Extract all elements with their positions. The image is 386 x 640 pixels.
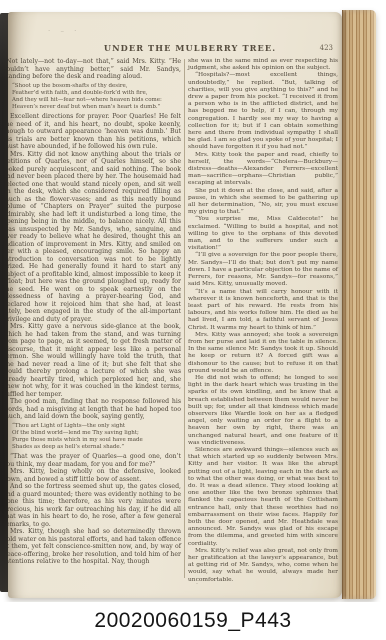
paragraph: And so the fortress seemed shut up, the … — [8, 483, 181, 528]
page-number: 423 — [320, 44, 333, 52]
paragraph: Excellent directions for prayer. Poor Qu… — [8, 113, 181, 151]
paragraph: The good man, finding that no response f… — [8, 398, 181, 421]
verse-line: Of the blind world—lend me Thy saving li… — [12, 430, 181, 437]
verse-line: “Thou art Light of Lights—the only sight — [12, 423, 181, 430]
page-header: UNDER THE MULBERRY TREE. 423 — [8, 43, 342, 55]
paragraph: Mrs. Kitty did not know anything about t… — [8, 151, 181, 324]
paragraph: Silences are awkward things—silences suc… — [188, 447, 338, 548]
verse-line: Purge those mists which in my soul have … — [12, 437, 181, 444]
column-rule — [184, 59, 185, 578]
book-scan-photo: · – · UNDER THE MULBERRY TREE. 423 “Not … — [0, 0, 386, 640]
paragraph: “It’s a name that will carry honour with… — [188, 289, 338, 332]
catalog-number: 20020060159_P443 — [94, 609, 291, 633]
verse-line: “Shoot up the bosom-shafts of thy desire… — [12, 83, 181, 90]
catalog-label-strip: 20020060159_P443 — [0, 602, 386, 640]
paragraph: “I’ll give a sovereign for the poor peop… — [188, 252, 338, 288]
paragraph: “You surprise me, Miss Caldecote!” he ex… — [188, 216, 338, 252]
paragraph: “That was the prayer of Quarles—a good o… — [8, 453, 181, 468]
paragraph: “Hospitals?—most excellent things, undou… — [188, 72, 338, 151]
paragraph: Mrs. Kitty, being wholly on the defensiv… — [8, 468, 181, 483]
paragraph: Mrs. Kitty took the paper and read, chie… — [188, 152, 338, 188]
paragraph: Mrs. Kitty was annoyed; she took a sover… — [188, 332, 338, 375]
pencil-marks: · – · — [48, 27, 80, 35]
paragraph: Mrs. Kitty, though she had so determined… — [8, 528, 181, 566]
book-page: · – · UNDER THE MULBERRY TREE. 423 “Not … — [8, 12, 342, 598]
verse-line: Feather’d with faith, and double-fork’d … — [12, 90, 181, 97]
verse-line: Heaven’s never deaf but when man’s heart… — [12, 104, 181, 111]
running-title: UNDER THE MULBERRY TREE. — [38, 43, 342, 53]
paragraph: He did not wish to offend; he longed to … — [188, 375, 338, 447]
paragraph: Mrs. Kitty gave a nervous side-glance at… — [8, 323, 181, 398]
paragraph: she was in the same mind as ever respect… — [188, 58, 338, 72]
paragraph: Mrs. Kitty’s relief was also great, not … — [188, 548, 338, 584]
verse-line: And they will hit—fear not—where heaven … — [12, 97, 181, 104]
right-column: she was in the same mind as ever respect… — [188, 58, 340, 584]
text-columns: “Not lately—not to-day—not that,” said M… — [8, 58, 340, 584]
verse-line: Shades as deep as hell’s eternal shade.” — [12, 444, 181, 451]
verse-quote: “Shoot up the bosom-shafts of thy desire… — [12, 83, 181, 111]
paragraph: “Not lately—not to-day—not that,” said M… — [8, 58, 181, 81]
left-column: “Not lately—not to-day—not that,” said M… — [8, 58, 181, 584]
book-fore-edge — [342, 10, 376, 599]
paragraph: She put it down at the close, and said, … — [188, 188, 338, 217]
verse-quote: “Thou art Light of Lights—the only sight… — [12, 423, 181, 451]
